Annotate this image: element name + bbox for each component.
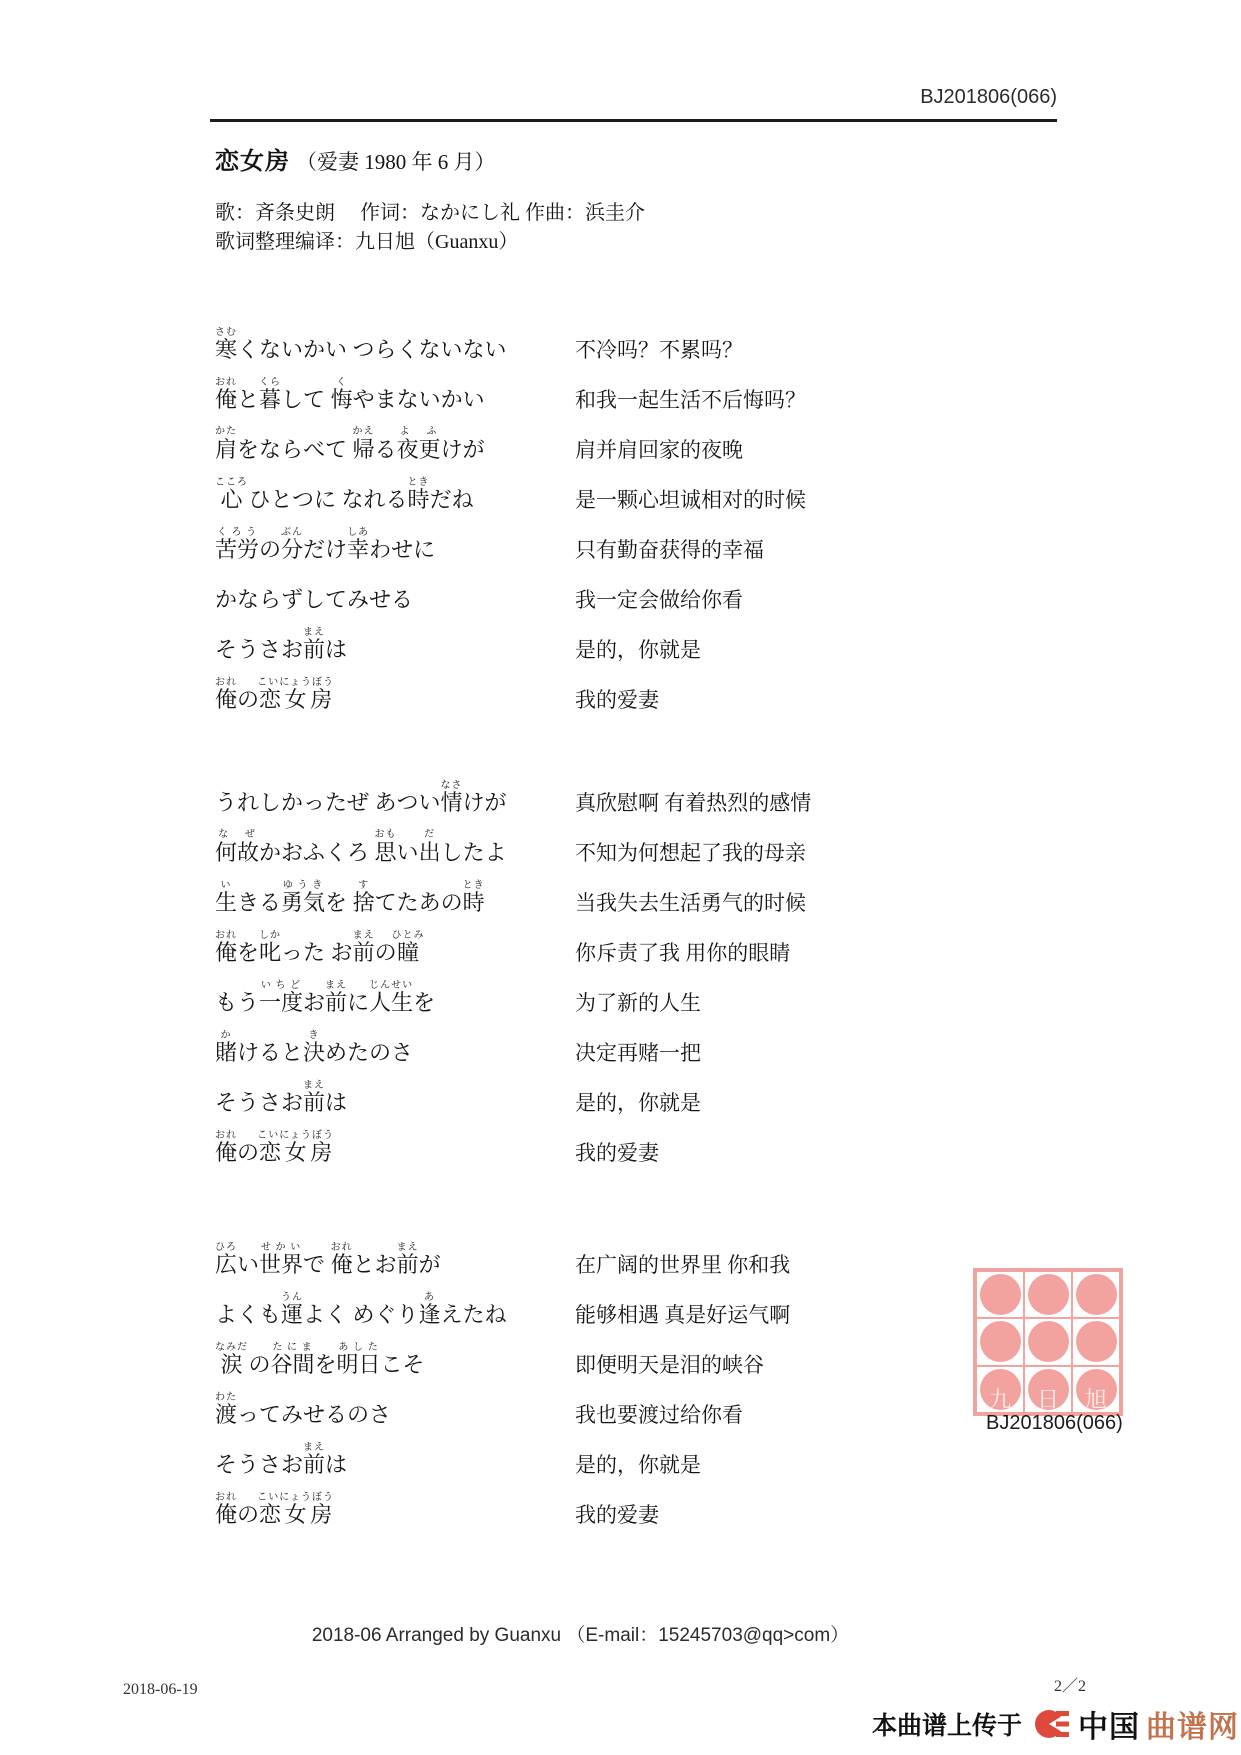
lyric-line: 俺おれの恋女房こいにょうぼう我的爱妻 <box>215 1115 1155 1165</box>
lyrics-stanza: 寒さむくないかい つらくないない不冷吗？不累吗？俺おれと暮くらして 悔くやまない… <box>215 312 1155 712</box>
lyric-japanese: 俺おれの恋女房こいにょうぼう <box>215 1492 575 1527</box>
lyric-japanese: 心こころ ひとつに なれる時ときだね <box>215 477 575 512</box>
lyric-chinese: 是的，你就是 <box>575 1091 701 1115</box>
lyric-chinese: 你斥责了我 用你的眼睛 <box>575 941 790 965</box>
site-name-qupu: 曲谱网 <box>1146 1702 1239 1746</box>
lyric-chinese: 只有勤奋获得的幸福 <box>575 538 764 562</box>
lyric-japanese: 苦労くろうの分ぶんだけ幸しあわせに <box>215 527 575 562</box>
seal-dot <box>1076 1321 1117 1362</box>
lyric-line: うれしかったぜ あつい情なさけが真欣慰啊 有着热烈的感情 <box>215 765 1155 815</box>
seal-dot <box>1028 1274 1069 1315</box>
lyric-japanese: 俺おれの恋女房こいにょうぼう <box>215 1130 575 1165</box>
seal-cell: 九 <box>976 1366 1024 1413</box>
site-name-cn: 中国 <box>1078 1702 1140 1746</box>
seal-dot <box>980 1274 1021 1315</box>
lyric-chinese: 能够相遇 真是好运气啊 <box>575 1303 790 1327</box>
lyric-japanese: 渡わたってみせるのさ <box>215 1392 575 1427</box>
lyric-chinese: 我的爱妻 <box>575 1141 659 1165</box>
song-title-note: （爱妻 1980 年 6 月） <box>296 146 496 176</box>
lyric-line: 賭かけると決きめたのさ决定再赌一把 <box>215 1015 1155 1065</box>
lyric-line: 何故な ぜかおふくろ 思おもい出だしたよ不知为何想起了我的母亲 <box>215 815 1155 865</box>
lyric-line: 心こころ ひとつに なれる時ときだね是一颗心坦诚相对的时候 <box>215 462 1155 512</box>
lyric-chinese: 不冷吗？不累吗？ <box>575 338 743 362</box>
seal-character: 日 <box>1037 1389 1059 1411</box>
lyric-japanese: 生いきる勇気ゆうきを 捨すてたあの時とき <box>215 880 575 915</box>
lyric-chinese: 和我一起生活不后悔吗？ <box>575 388 806 412</box>
arranger-note: 2018-06 Arranged by Guanxu （E-mail：15245… <box>0 1620 1241 1647</box>
document-code: BJ201806(066) <box>920 86 1057 109</box>
lyric-chinese: 即便明天是泪的峡谷 <box>575 1353 764 1377</box>
seal-cell <box>1024 1318 1072 1365</box>
credits-line-1: 歌：斉条史朗 作词：なかにし礼 作曲：浜圭介 <box>215 196 645 225</box>
lyric-japanese: 広ひろい世界せかいで 俺おれとお前まえが <box>215 1242 575 1277</box>
lyric-chinese: 我一定会做给你看 <box>575 588 743 612</box>
lyric-line: もう一度いちどお前まえに人生じんせいを为了新的人生 <box>215 965 1155 1015</box>
lyric-japanese: うれしかったぜ あつい情なさけが <box>215 780 575 815</box>
lyric-line: 俺おれを叱しかった お前まえの瞳ひとみ你斥责了我 用你的眼睛 <box>215 915 1155 965</box>
lyric-line: 生いきる勇気ゆうきを 捨すてたあの時とき当我失去生活勇气的时候 <box>215 865 1155 915</box>
lyric-line: 肩かたをならべて 帰かえる夜更よ ふけが肩并肩回家的夜晚 <box>215 412 1155 462</box>
lyric-japanese: 涙なみだ の谷間たにまを明日あしたこそ <box>215 1342 575 1377</box>
seal-code: BJ201806(066) <box>986 1412 1123 1435</box>
credits-line-2: 歌词整理编译：九日旭（Guanxu） <box>215 225 518 254</box>
lyric-line: そうさお前まえは是的，你就是 <box>215 612 1155 662</box>
lyric-japanese: 俺おれの恋女房こいにょうぼう <box>215 677 575 712</box>
lyric-japanese: 賭かけると決きめたのさ <box>215 1030 575 1065</box>
lyric-chinese: 肩并肩回家的夜晚 <box>575 438 743 462</box>
seal-character: 旭 <box>1085 1389 1107 1411</box>
lyric-chinese: 是的，你就是 <box>575 1453 701 1477</box>
lyric-japanese: もう一度いちどお前まえに人生じんせいを <box>215 980 575 1015</box>
seal-character: 九 <box>989 1389 1011 1411</box>
lyric-chinese: 我的爱妻 <box>575 688 659 712</box>
lyric-chinese: 为了新的人生 <box>575 991 701 1015</box>
lyric-japanese: 肩かたをならべて 帰かえる夜更よ ふけが <box>215 426 575 462</box>
site-logo-icon <box>1034 1703 1072 1745</box>
seal-dot <box>980 1321 1021 1362</box>
lyric-japanese: 俺おれを叱しかった お前まえの瞳ひとみ <box>215 930 575 965</box>
lyric-line: かならずしてみせる我一定会做给你看 <box>215 562 1155 612</box>
lyrics-stanza: うれしかったぜ あつい情なさけが真欣慰啊 有着热烈的感情何故な ぜかおふくろ 思… <box>215 765 1155 1165</box>
page-number: 2／2 <box>1054 1673 1086 1696</box>
song-title: 恋女房 <box>215 141 290 176</box>
lyric-line: 俺おれと暮くらして 悔くやまないかい和我一起生活不后悔吗？ <box>215 362 1155 412</box>
lyric-japanese: そうさお前まえは <box>215 627 575 662</box>
upload-note-row: 本曲谱上传于 中国 曲谱网 <box>872 1702 1239 1746</box>
seal-dot <box>1028 1321 1069 1362</box>
lyric-japanese: 寒さむくないかい つらくないない <box>215 327 575 362</box>
lyric-japanese: 何故な ぜかおふくろ 思おもい出だしたよ <box>215 829 575 865</box>
seal-cell: 日 <box>1024 1366 1072 1413</box>
lyric-line: 寒さむくないかい つらくないない不冷吗？不累吗？ <box>215 312 1155 362</box>
lyric-japanese: よくも運うんよく めぐり逢あえたね <box>215 1292 575 1327</box>
lyric-chinese: 不知为何想起了我的母亲 <box>575 841 806 865</box>
lyric-chinese: 是的，你就是 <box>575 638 701 662</box>
lyric-chinese: 我也要渡过给你看 <box>575 1403 743 1427</box>
lyric-line: 俺おれの恋女房こいにょうぼう我的爱妻 <box>215 662 1155 712</box>
lyric-japanese: そうさお前まえは <box>215 1442 575 1477</box>
seal-dot <box>1076 1274 1117 1315</box>
upload-note: 本曲谱上传于 <box>872 1706 1022 1742</box>
seal-cell <box>976 1271 1024 1318</box>
lyric-japanese: かならずしてみせる <box>215 588 575 612</box>
seal-cell <box>976 1318 1024 1365</box>
lyric-chinese: 在广阔的世界里 你和我 <box>575 1253 790 1277</box>
lyric-chinese: 决定再赌一把 <box>575 1041 701 1065</box>
lyric-japanese: 俺おれと暮くらして 悔くやまないかい <box>215 377 575 412</box>
header-rule <box>210 119 1057 122</box>
lyric-line: 苦労くろうの分ぶんだけ幸しあわせに只有勤奋获得的幸福 <box>215 512 1155 562</box>
lyric-japanese: そうさお前まえは <box>215 1080 575 1115</box>
seal-cell <box>1072 1271 1120 1318</box>
date-label: 2018-06-19 <box>123 1681 198 1699</box>
lyric-chinese: 当我失去生活勇气的时候 <box>575 891 806 915</box>
lyric-chinese: 是一颗心坦诚相对的时候 <box>575 488 806 512</box>
lyric-chinese: 真欣慰啊 有着热烈的感情 <box>575 791 811 815</box>
lyric-line: 俺おれの恋女房こいにょうぼう我的爱妻 <box>215 1477 1155 1527</box>
seal-cell <box>1072 1318 1120 1365</box>
seal-cell: 旭 <box>1072 1366 1120 1413</box>
seal-cell <box>1024 1271 1072 1318</box>
lyric-chinese: 我的爱妻 <box>575 1503 659 1527</box>
guanxu-seal: 九日旭 <box>973 1268 1123 1416</box>
song-title-row: 恋女房 （爱妻 1980 年 6 月） <box>215 141 496 176</box>
lyric-line: そうさお前まえは是的，你就是 <box>215 1065 1155 1115</box>
